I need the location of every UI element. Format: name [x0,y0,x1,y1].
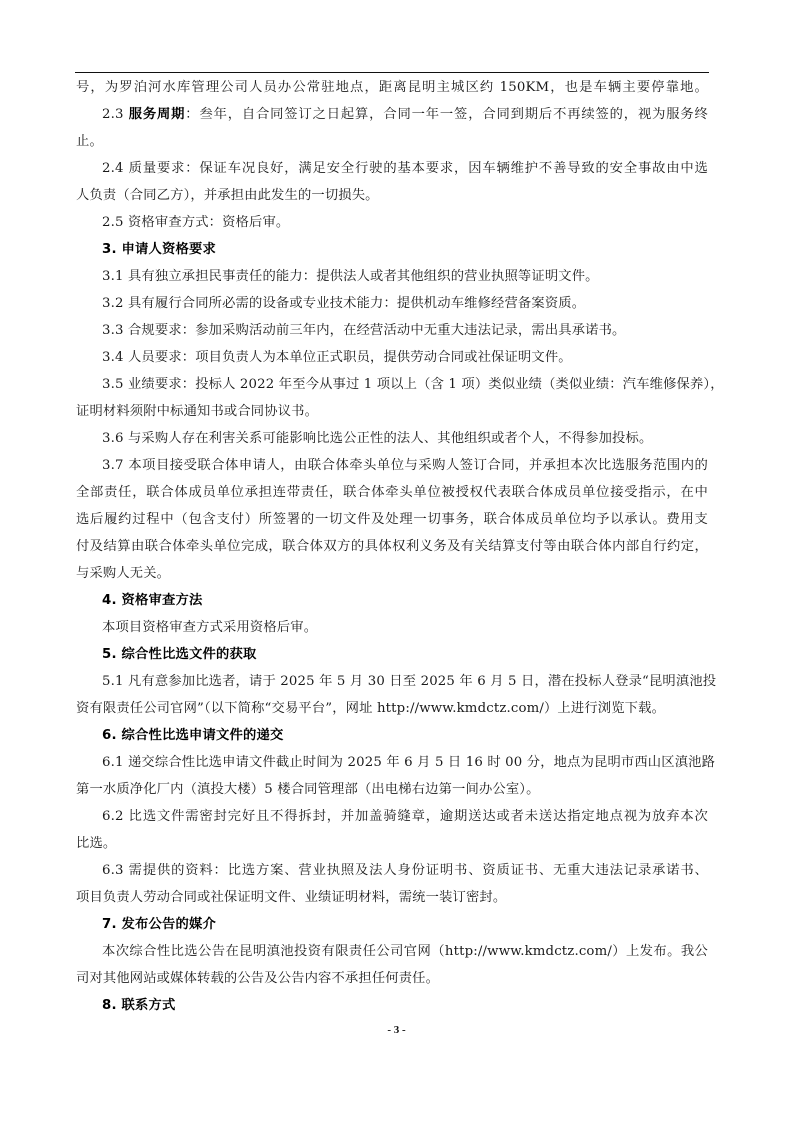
section-7-heading: 7. 发布公告的媒介 [76,911,708,938]
section-3-heading: 3. 申请人资格要求 [76,236,708,263]
section-7-line2: 司对其他网站或媒体转载的公告及公告内容不承担任何责任。 [76,965,708,992]
item-5-1-line2: 资有限责任公司官网”（以下简称“交易平台”，网址 http://www.kmdc… [76,695,708,722]
item-6-3-line1: 6.3 需提供的资料：比选方案、营业执照及法人身份证明书、资质证书、无重大违法记… [76,857,708,884]
item-2-3-text: ：叁年，自合同签订之日起算，合同一年一签，合同到期后不再续签的，视为服务终 [185,107,708,122]
item-2-4-line1: 2.4 质量要求：保证车况良好，满足安全行驶的基本要求，因车辆维护不善导致的安全… [76,155,708,182]
section-6-heading: 6. 综合性比选申请文件的递交 [76,722,708,749]
item-6-2-line2: 比选。 [76,830,708,857]
section-4-text: 本项目资格审查方式采用资格后审。 [76,614,708,641]
item-3-2: 3.2 具有履行合同所必需的设备或专业技术能力：提供机动车维修经营备案资质。 [76,290,708,317]
item-3-7-line4: 付及结算由联合体牵头单位完成，联合体双方的具体权利义务及有关结算支付等由联合体内… [76,533,708,560]
section-4-heading: 4. 资格审查方法 [76,587,708,614]
item-3-6: 3.6 与采购人存在利害关系可能影响比选公正性的法人、其他组织或者个人，不得参加… [76,425,708,452]
item-6-1-line2: 第一水质净化厂内（滇投大楼）5 楼合同管理部（出电梯右边第一间办公室）。 [76,776,708,803]
section-5-heading: 5. 综合性比选文件的获取 [76,641,708,668]
section-8-heading: 8. 联系方式 [76,992,708,1019]
item-2-3-line1: 2.3 服务周期：叁年，自合同签订之日起算，合同一年一签，合同到期后不再续签的，… [76,101,708,128]
section-7-line1: 本次综合性比选公告在昆明滇池投资有限责任公司官网（http://www.kmdc… [76,938,708,965]
item-2-4-line2: 人负责（合同乙方），并承担由此发生的一切损失。 [76,182,708,209]
item-3-4: 3.4 人员要求：项目负责人为本单位正式职员，提供劳动合同或社保证明文件。 [76,344,708,371]
item-2-3-number: 2.3 [102,107,129,122]
document-body: 号，为罗泊河水库管理公司人员办公常驻地点，距离昆明主城区约 150KM，也是车辆… [76,74,708,1019]
item-2-3-label: 服务周期 [129,107,186,122]
item-3-7-line3: 选后履约过程中（包含支付）所签署的一切文件及处理一切事务，联合体成员单位均予以承… [76,506,708,533]
item-3-1: 3.1 具有独立承担民事责任的能力：提供法人或者其他组织的营业执照等证明文件。 [76,263,708,290]
item-2-5: 2.5 资格审查方式：资格后审。 [76,209,708,236]
item-3-3: 3.3 合规要求：参加采购活动前三年内，在经营活动中无重大违法记录，需出具承诺书… [76,317,708,344]
header-rule [75,72,709,73]
item-3-7-line1: 3.7 本项目接受联合体申请人，由联合体牵头单位与采购人签订合同，并承担本次比选… [76,452,708,479]
item-2-3-line2: 止。 [76,128,708,155]
page-number: - 3 - [0,1024,793,1036]
item-3-7-line5: 与采购人无关。 [76,560,708,587]
item-6-2-line1: 6.2 比选文件需密封完好且不得拆封，并加盖骑缝章，逾期送达或者未送达指定地点视… [76,803,708,830]
item-6-1-line1: 6.1 递交综合性比选申请文件截止时间为 2025 年 6 月 5 日 16 时… [76,749,708,776]
item-6-3-line2: 项目负责人劳动合同或社保证明文件、业绩证明材料，需统一装订密封。 [76,884,708,911]
item-3-5-line1: 3.5 业绩要求：投标人 2022 年至今从事过 1 项以上（含 1 项）类似业… [76,371,708,398]
item-3-5-line2: 证明材料须附中标通知书或合同协议书。 [76,398,708,425]
continuation-line: 号，为罗泊河水库管理公司人员办公常驻地点，距离昆明主城区约 150KM，也是车辆… [76,74,708,101]
item-3-7-line2: 全部责任，联合体成员单位承担连带责任，联合体牵头单位被授权代表联合体成员单位接受… [76,479,708,506]
item-5-1-line1: 5.1 凡有意参加比选者，请于 2025 年 5 月 30 日至 2025 年 … [76,668,708,695]
